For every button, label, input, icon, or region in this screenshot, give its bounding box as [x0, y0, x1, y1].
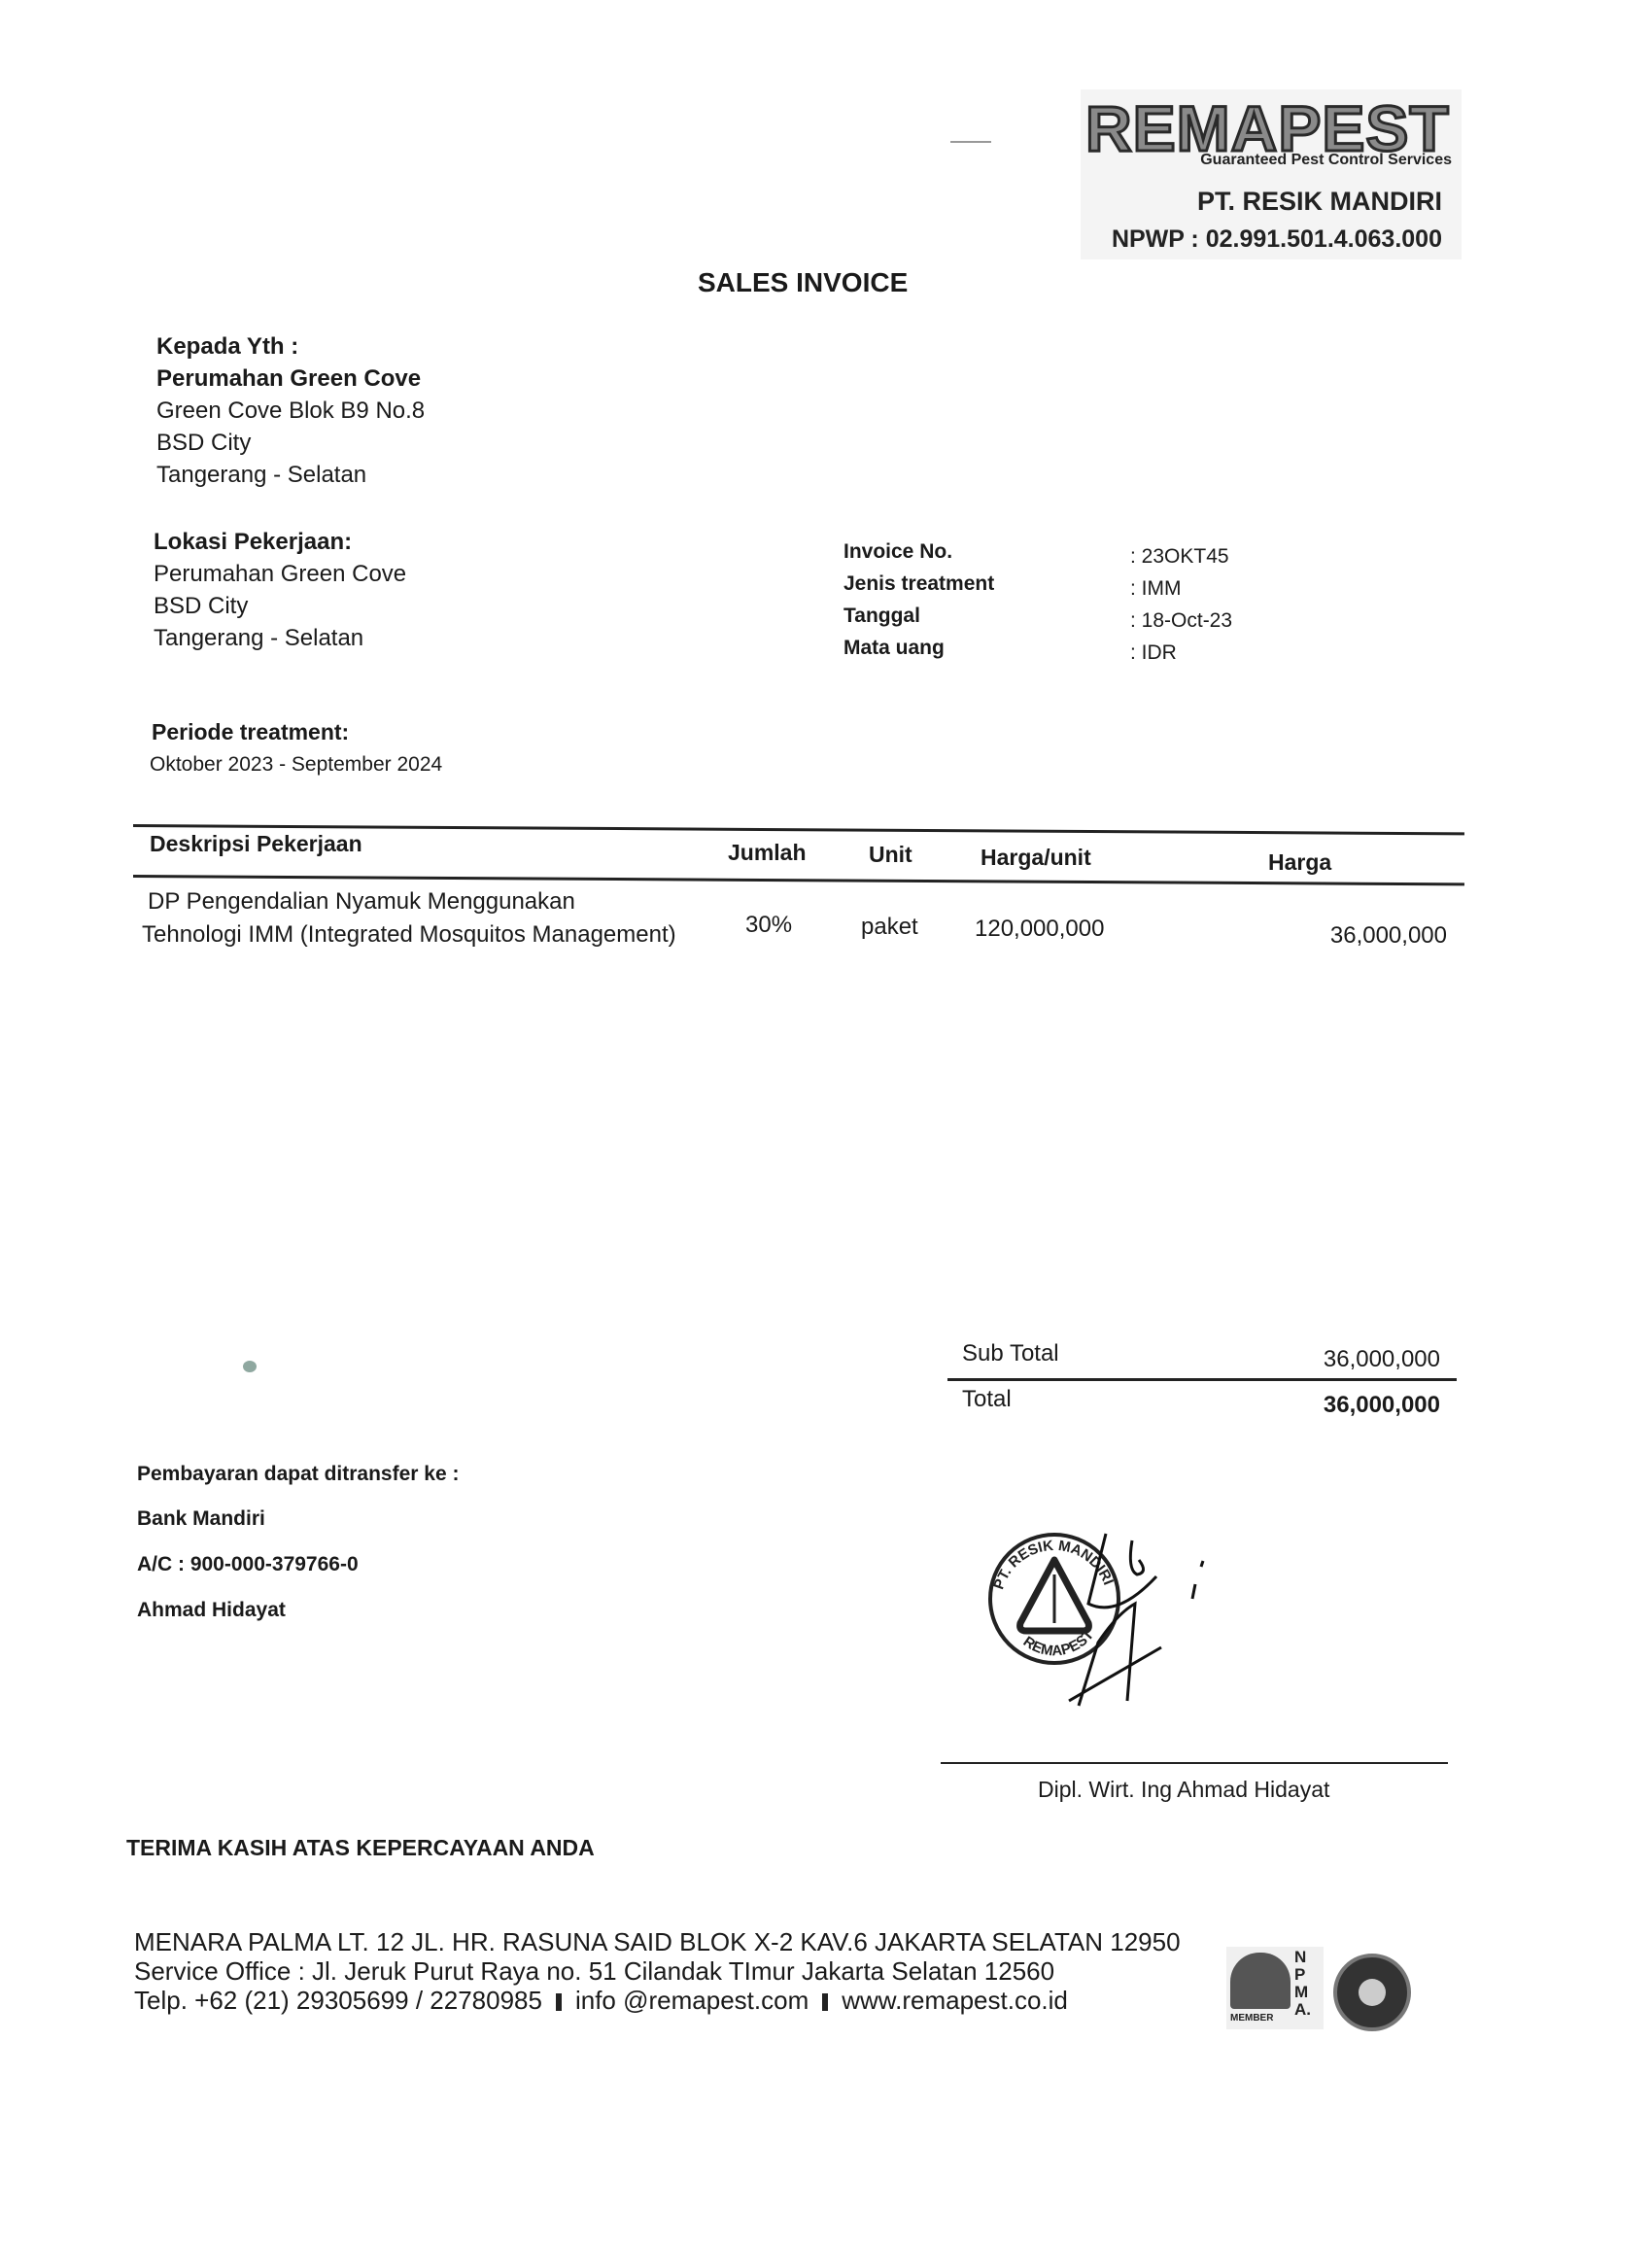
account-number: A/C : 900-000-379766-0 [137, 1553, 459, 1599]
recipient-address-line: Green Cove Blok B9 No.8 [156, 395, 425, 427]
location-block: Lokasi Pekerjaan: Perumahan Green Cove B… [154, 526, 406, 654]
signature [1059, 1526, 1254, 1711]
invoice-meta: Invoice No. Jenis treatment Tanggal Mata… [843, 536, 994, 664]
email-link[interactable]: info @remapest.com [575, 1986, 809, 2015]
footer-address-block: MENARA PALMA LT. 12 JL. HR. RASUNA SAID … [134, 1927, 1181, 2015]
website-link[interactable]: www.remapest.co.id [842, 1986, 1068, 2015]
payment-block: Pembayaran dapat ditransfer ke : Bank Ma… [137, 1463, 459, 1622]
meta-row: Jenis treatment [843, 568, 994, 600]
item-description-line2: Tehnologi IMM (Integrated Mosquitos Mana… [142, 921, 676, 949]
location-line: BSD City [154, 590, 406, 622]
contact-line: Telp. +62 (21) 29305699 / 22780985info @… [134, 1986, 1181, 2015]
total-value: 36,000,000 [1324, 1392, 1440, 1419]
item-unit: paket [861, 914, 918, 941]
period-value: Oktober 2023 - September 2024 [150, 753, 442, 777]
item-quantity: 30% [745, 912, 792, 939]
scan-speck [243, 1361, 257, 1372]
currency: : IDR [1130, 637, 1232, 669]
bank-name: Bank Mandiri [137, 1507, 459, 1553]
treatment-type: : IMM [1130, 572, 1232, 605]
table-header-rule [133, 875, 1464, 885]
meta-row: Tanggal [843, 600, 994, 632]
service-office-address: Service Office : Jl. Jeruk Purut Raya no… [134, 1956, 1181, 1986]
recipient-label: Kepada Yth : [156, 330, 425, 363]
head-office-address: MENARA PALMA LT. 12 JL. HR. RASUNA SAID … [134, 1927, 1181, 1956]
scan-mark [950, 141, 991, 143]
total-label: Total [962, 1386, 1012, 1413]
meta-row: Invoice No. [843, 536, 994, 568]
col-header-quantity: Jumlah [728, 840, 807, 866]
totals-rule [947, 1378, 1457, 1381]
tax-id: NPWP : 02.991.501.4.063.000 [1112, 225, 1442, 254]
period-label: Periode treatment: [152, 719, 442, 745]
signature-line [941, 1762, 1448, 1764]
item-amount: 36,000,000 [1330, 922, 1447, 950]
location-label: Lokasi Pekerjaan: [154, 526, 406, 558]
invoice-number: : 23OKT45 [1130, 540, 1232, 572]
recipient-address-line: Tangerang - Selatan [156, 459, 425, 491]
recipient-name: Perumahan Green Cove [156, 363, 425, 395]
payment-label: Pembayaran dapat ditransfer ke : [137, 1463, 459, 1507]
col-header-unit-price: Harga/unit [981, 845, 1091, 871]
brand-tagline: Guaranteed Pest Control Services [1083, 152, 1452, 169]
separator [822, 1993, 828, 2011]
item-unit-price: 120,000,000 [975, 916, 1104, 943]
association-seal-icon [1333, 1954, 1411, 2031]
meta-label: Mata uang [843, 637, 945, 659]
meta-row: Mata uang [843, 632, 994, 664]
invoice-meta-values: : 23OKT45 : IMM : 18-Oct-23 : IDR [1130, 540, 1232, 669]
recipient-address-line: BSD City [156, 427, 425, 459]
company-name: PT. RESIK MANDIRI [1197, 187, 1442, 217]
invoice-date: : 18-Oct-23 [1130, 605, 1232, 637]
col-header-description: Deskripsi Pekerjaan [150, 831, 362, 857]
member-label: MEMBER [1230, 2013, 1273, 2024]
subtotal-label: Sub Total [962, 1340, 1059, 1367]
meta-label: Invoice No. [843, 540, 952, 563]
meta-label: Jenis treatment [843, 572, 994, 595]
separator [556, 1993, 562, 2011]
npma-letters: NPMA. [1294, 1949, 1316, 2019]
recipient-block: Kepada Yth : Perumahan Green Cove Green … [156, 330, 425, 491]
thank-you-note: TERIMA KASIH ATAS KEPERCAYAAN ANDA [126, 1835, 595, 1861]
subtotal-value: 36,000,000 [1324, 1346, 1440, 1373]
account-holder: Ahmad Hidayat [137, 1599, 459, 1622]
col-header-unit: Unit [869, 842, 912, 868]
col-header-amount: Harga [1268, 849, 1331, 876]
npma-member-badge: NPMA. MEMBER [1226, 1947, 1324, 2029]
npma-emblem-icon [1230, 1953, 1291, 2009]
location-line: Tangerang - Selatan [154, 622, 406, 654]
phone-number: Telp. +62 (21) 29305699 / 22780985 [134, 1986, 542, 2015]
company-logo-block: REMAPEST Guaranteed Pest Control Service… [1081, 89, 1462, 259]
page-title: SALES INVOICE [698, 267, 908, 298]
signatory-name: Dipl. Wirt. Ing Ahmad Hidayat [1038, 1777, 1329, 1803]
item-description-line1: DP Pengendalian Nyamuk Menggunakan [148, 888, 575, 916]
period-block: Periode treatment: Oktober 2023 - Septem… [152, 719, 442, 777]
meta-label: Tanggal [843, 605, 920, 627]
location-line: Perumahan Green Cove [154, 558, 406, 590]
